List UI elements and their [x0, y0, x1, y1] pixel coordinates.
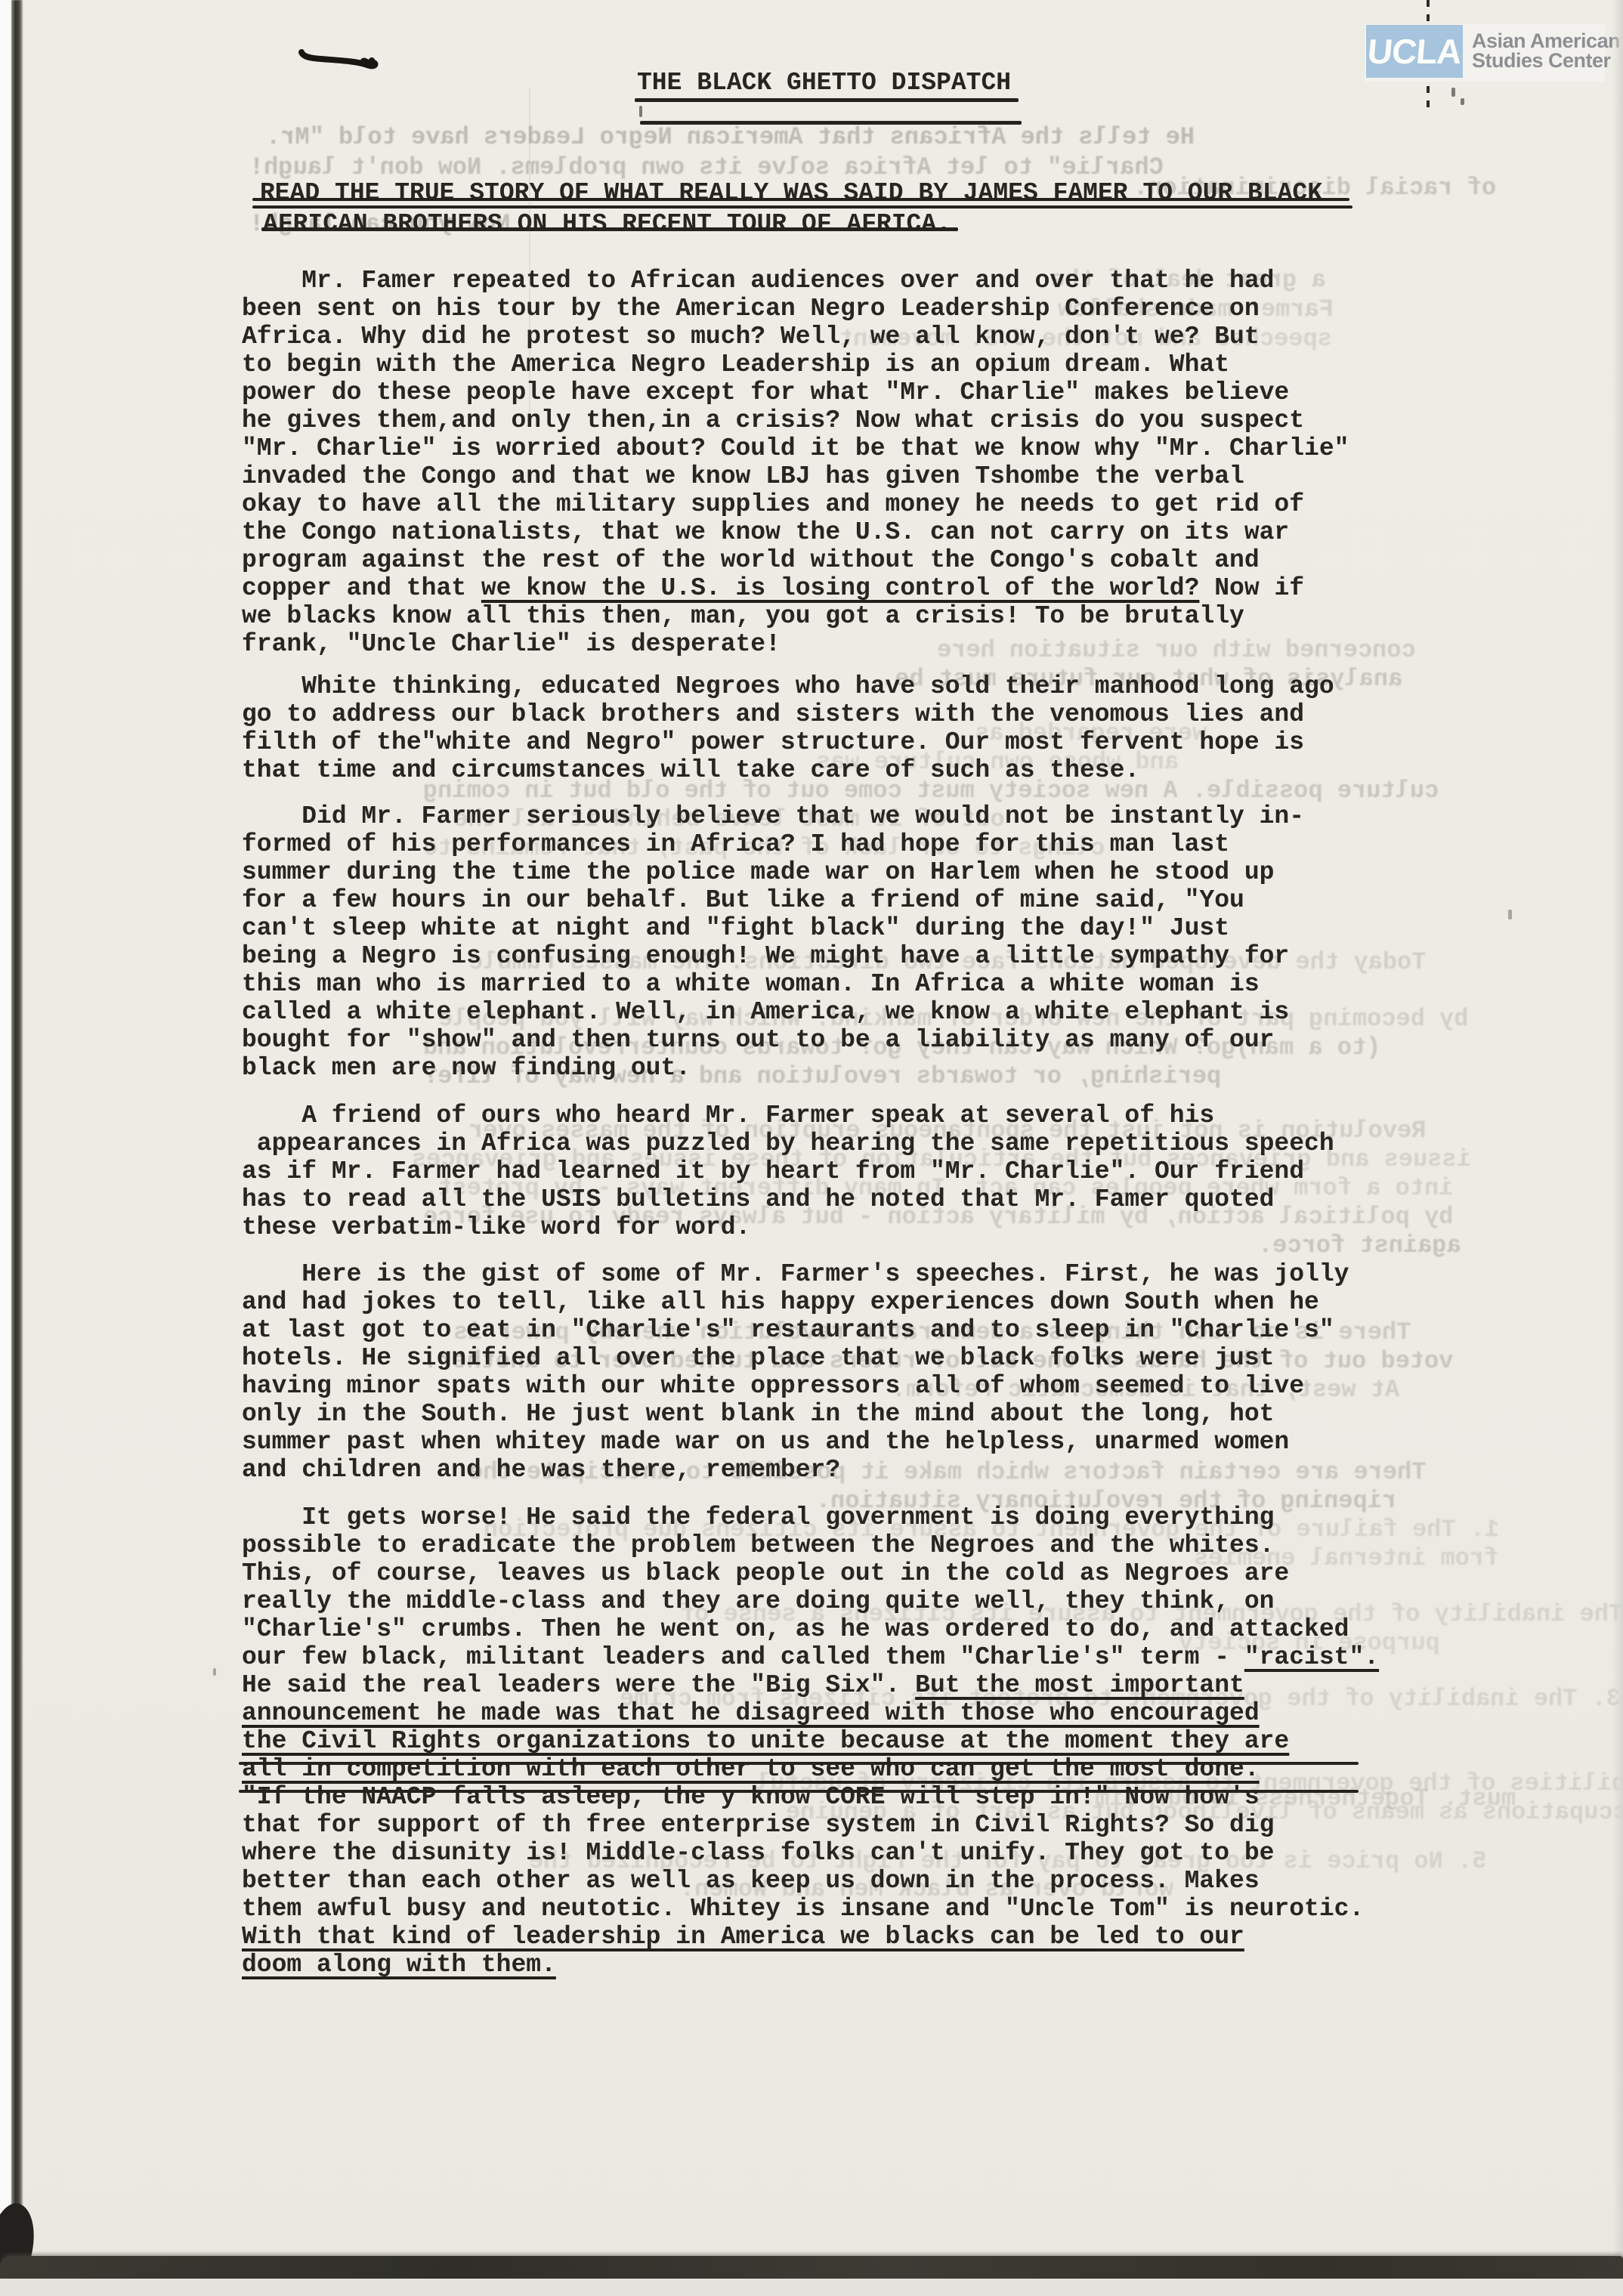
title-underline-2	[640, 121, 1022, 125]
scan-edge-left-dark	[11, 0, 23, 2296]
ink-speck	[1461, 98, 1464, 105]
paragraph: White thinking, educated Negroes who hav…	[242, 672, 1334, 784]
paragraph: It gets worse! He said the federal gover…	[242, 1503, 1379, 1979]
heading-underline-2	[252, 205, 1352, 209]
scan-edge-right	[1612, 0, 1623, 2296]
org-line-2: Studies Center	[1472, 49, 1611, 72]
scan-edge-left-white	[0, 0, 12, 2296]
scan-edge-bottom-light	[0, 2279, 1623, 2296]
ink-speck	[639, 106, 642, 117]
ink-speck	[1451, 88, 1455, 97]
watermark-org-name: Asian AmericanStudies Center	[1472, 31, 1620, 70]
paragraph: Here is the gist of some of Mr. Farmer's…	[242, 1260, 1349, 1484]
paragraph: Mr. Famer repeated to African audiences …	[242, 267, 1349, 658]
ucla-logo-text: UCLA	[1366, 31, 1463, 72]
title-underline	[635, 98, 1019, 102]
ink-speck	[1508, 910, 1512, 919]
ink-speck	[213, 1668, 216, 1676]
emphasis-rule-2	[239, 1790, 1359, 1793]
paragraph: Did Mr. Farmer seriously believe that we…	[242, 802, 1304, 1082]
page-title: THE BLACK GHETTO DISPATCH	[637, 69, 1011, 97]
paper-crease	[529, 88, 530, 413]
scanned-document-page: He tells the Africans that American Negr…	[0, 0, 1623, 2296]
heading-underline	[252, 198, 1349, 201]
paragraph: A friend of ours who heard Mr. Farmer sp…	[242, 1102, 1334, 1241]
heading-underline-3	[261, 227, 958, 231]
bleedthrough-line: Charlie" to let Africa solve its own pro…	[249, 153, 1164, 181]
scan-edge-bottom	[0, 2256, 1623, 2279]
heading-line-2: AFRICAN BROTHERS ON HIS RECENT TOUR OF A…	[263, 210, 951, 238]
heading-line-1: READ THE TRUE STORY OF WHAT REALLY WAS S…	[260, 179, 1322, 207]
pen-mark-icon	[296, 44, 384, 78]
bleedthrough-line: He tells the Africans that American Negr…	[266, 123, 1195, 151]
emphasis-rule	[239, 1762, 1359, 1765]
ucla-logo: UCLA	[1366, 25, 1463, 78]
